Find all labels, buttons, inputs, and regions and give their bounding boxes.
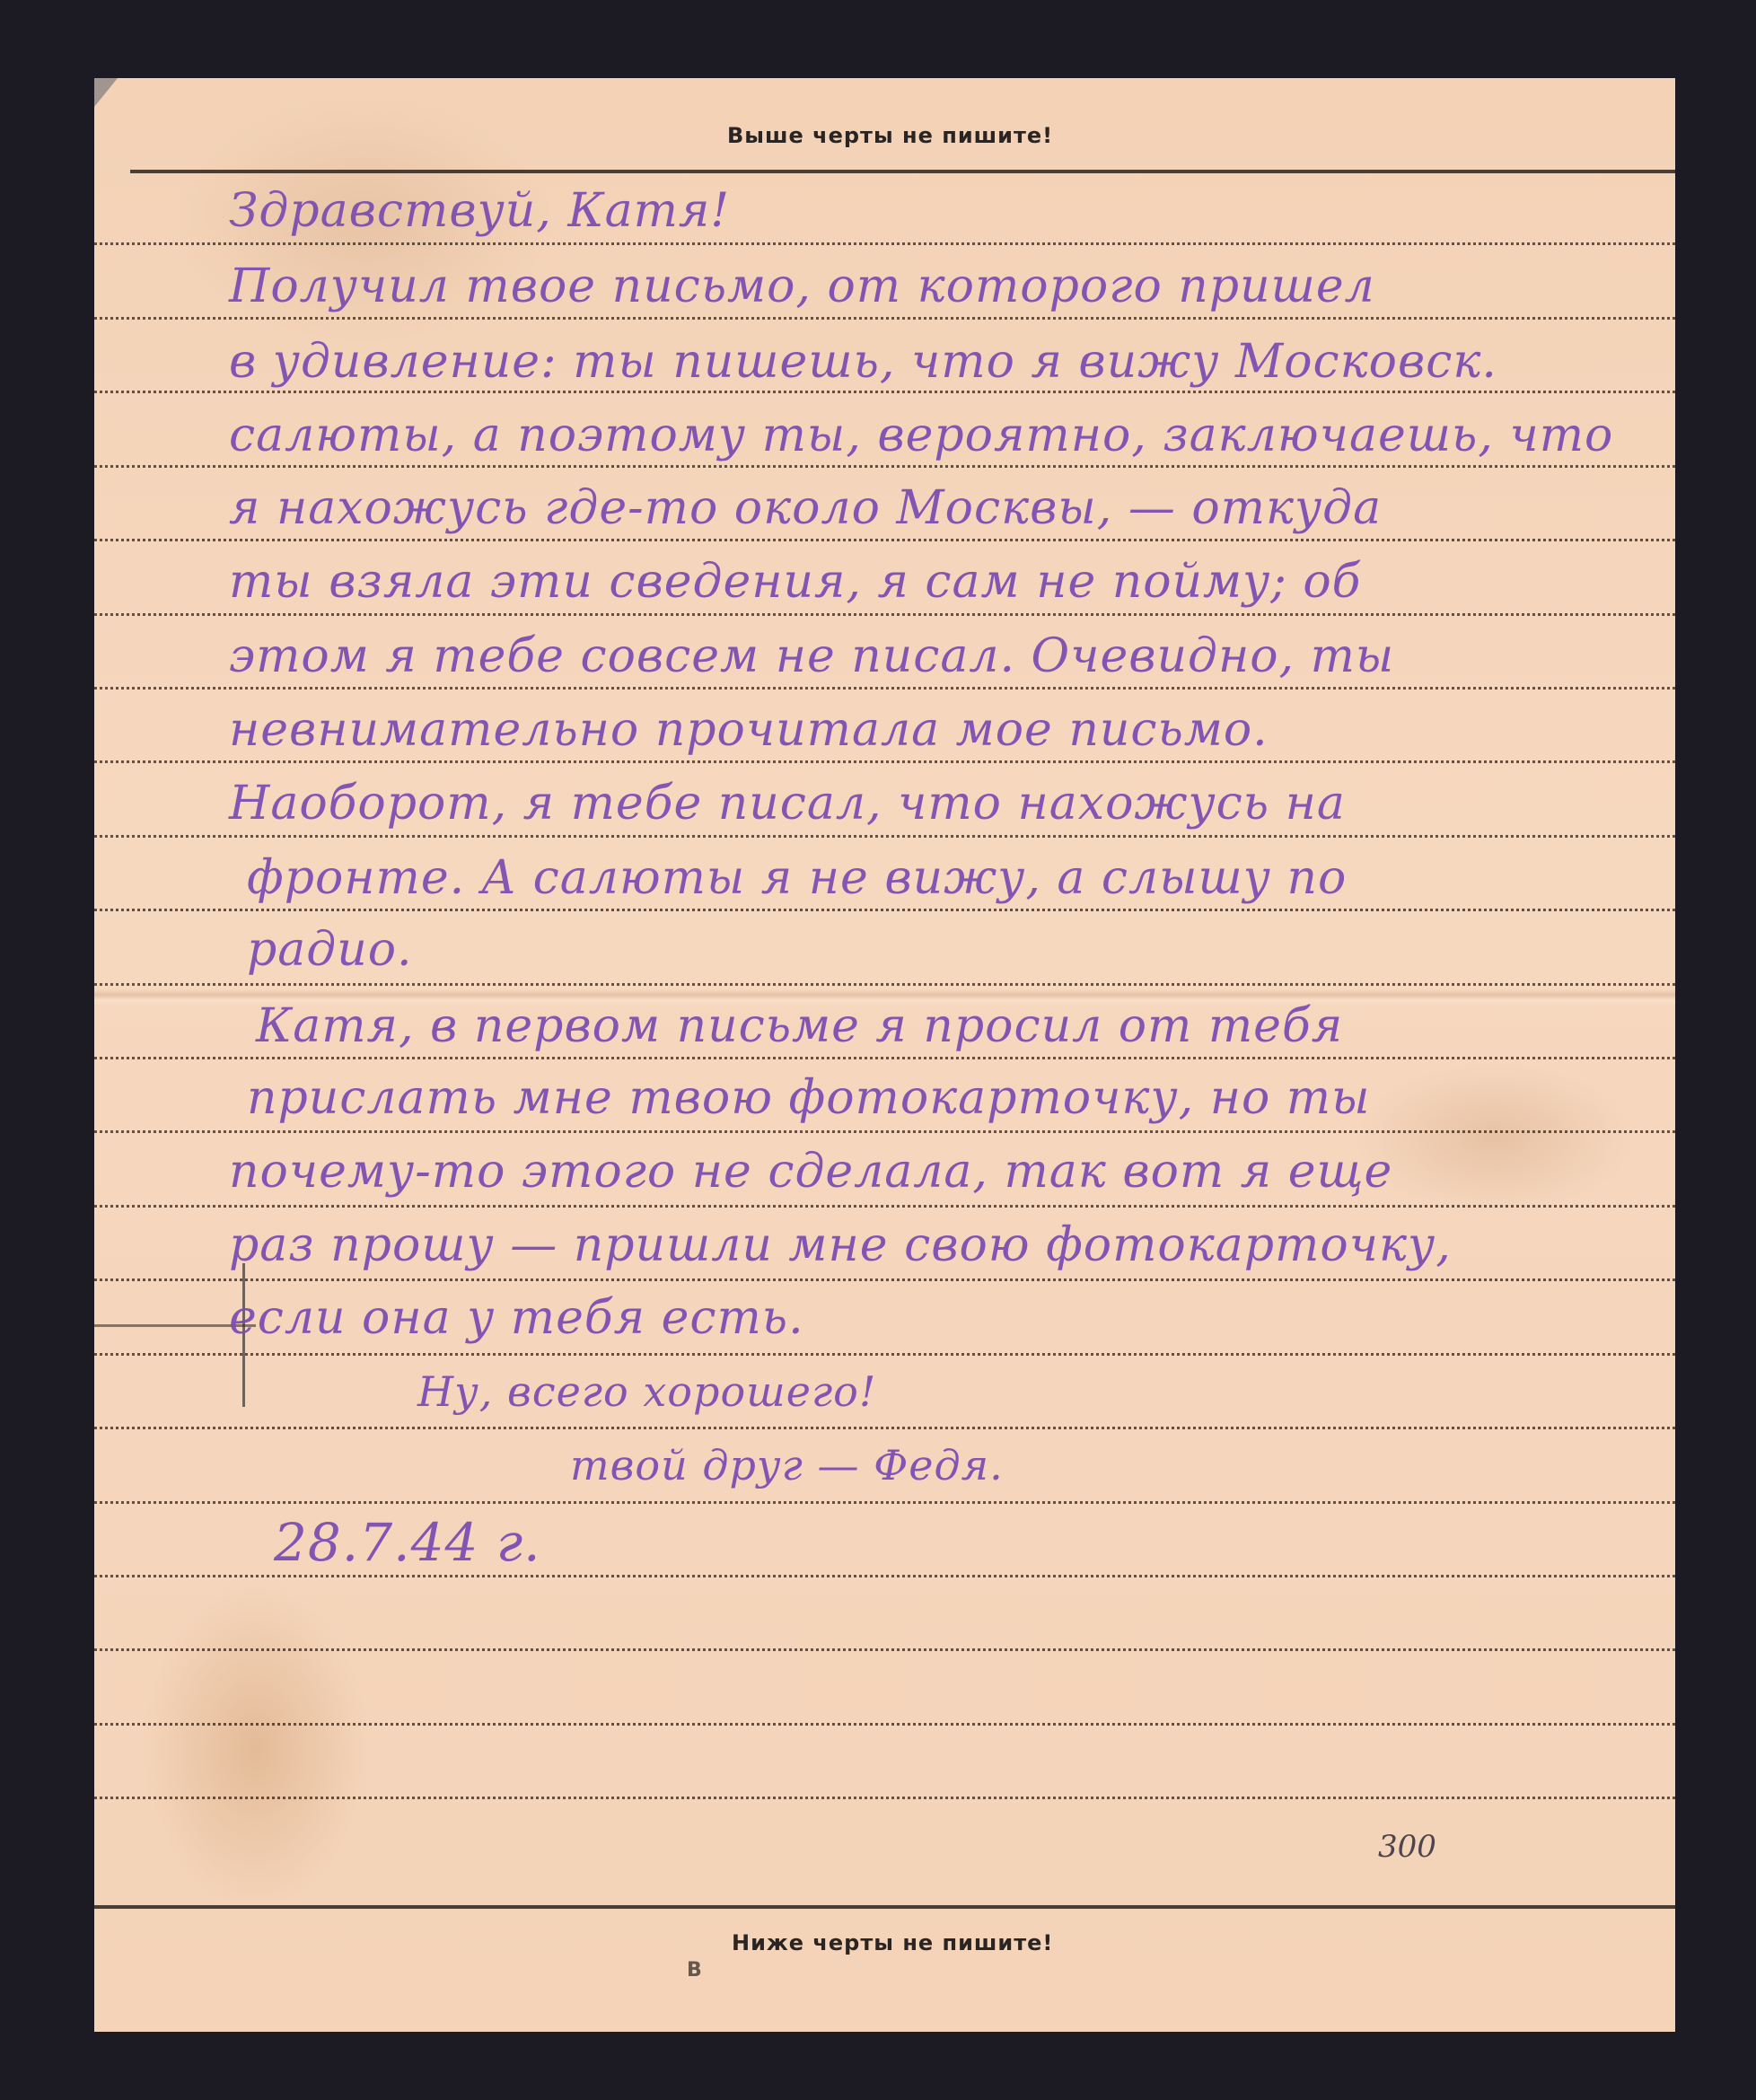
letter-line: ты взяла эти сведения, я сам не пойму; о…	[229, 558, 1361, 605]
letter-line: Катя, в первом письме я просил от тебя	[256, 1003, 1343, 1050]
ruled-line	[94, 1501, 1675, 1504]
ruled-line	[94, 760, 1675, 763]
footer-mark: В	[687, 1959, 703, 1981]
bottom-heavy-rule	[94, 1905, 1675, 1909]
letter-line: невнимательно прочитала мое письмо.	[229, 707, 1269, 753]
ruled-line	[94, 465, 1675, 468]
letter-line: почему-то этого не сделала, так вот я ещ…	[229, 1148, 1392, 1195]
ruled-line	[94, 835, 1675, 838]
ruled-line	[94, 1353, 1675, 1356]
letter-line: в удивление: ты пишешь, что я вижу Моско…	[229, 338, 1497, 385]
signature: твой друг — Федя.	[570, 1445, 1004, 1486]
letter-date: 28.7.44 г.	[274, 1516, 541, 1568]
ruled-line	[94, 1057, 1675, 1059]
letter-line: этом я тебе совсем не писал. Очевидно, т…	[229, 633, 1394, 680]
ruled-line	[94, 1427, 1675, 1429]
ruled-line	[94, 391, 1675, 393]
letter-sheet: Выше черты не пишите! Ниже черты не пиши…	[94, 78, 1675, 2032]
letter-line: радио.	[247, 927, 413, 973]
ruled-line	[94, 1205, 1675, 1208]
closing: Ну, всего хорошего!	[417, 1371, 876, 1412]
ruled-line	[94, 1723, 1675, 1726]
salutation: Здравствуй, Катя!	[229, 188, 730, 234]
ruled-line	[94, 539, 1675, 541]
letter-line: я нахожусь где-то около Москвы, — откуда	[229, 485, 1382, 532]
ruled-line	[94, 909, 1675, 911]
letter-line: фронте. А салюты я не вижу, а слышу по	[247, 855, 1347, 901]
letter-line: прислать мне твою фотокарточку, но ты	[247, 1075, 1370, 1121]
ruled-line	[94, 1278, 1675, 1281]
ruled-line	[94, 687, 1675, 690]
ruled-line	[94, 1130, 1675, 1133]
letter-line: раз прошу — пришли мне свою фотокарточку…	[229, 1222, 1452, 1269]
letter-line: салюты, а поэтому ты, вероятно, заключае…	[229, 412, 1613, 459]
ruled-line	[94, 1575, 1675, 1577]
ruled-line	[94, 317, 1675, 320]
ruled-line	[94, 1797, 1675, 1799]
pencil-note: 300	[1378, 1829, 1436, 1865]
footer-instruction: Ниже черты не пишите!	[732, 1930, 1053, 1955]
corner-mark	[94, 78, 118, 107]
top-heavy-rule	[130, 170, 1675, 173]
letter-line: Наоборот, я тебе писал, что нахожусь на	[229, 780, 1346, 827]
letter-line: если она у тебя есть.	[229, 1295, 804, 1341]
ruled-line	[94, 613, 1675, 616]
header-instruction: Выше черты не пишите!	[727, 123, 1053, 148]
letter-line: Получил твое письмо, от которого пришел	[229, 263, 1375, 310]
ruled-line	[94, 242, 1675, 245]
ruled-line	[94, 1648, 1675, 1651]
ruled-line	[94, 983, 1675, 986]
